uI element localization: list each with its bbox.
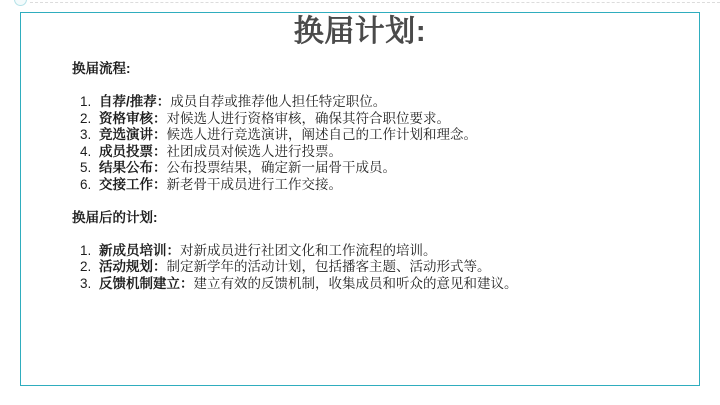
section-heading: 换届后的计划: xyxy=(72,210,680,227)
list-item: 2. 活动规划：制定新学年的活动计划，包括播客主题、活动形式等。 xyxy=(72,259,680,276)
list-item-number: 3. xyxy=(80,127,99,144)
list-item-number: 1. xyxy=(80,94,99,111)
list-item-text: 反馈机制建立：建立有效的反馈机制，收集成员和听众的意见和建议。 xyxy=(99,276,518,293)
list-item-number: 1. xyxy=(80,243,99,260)
list-item-text: 交接工作：新老骨干成员进行工作交接。 xyxy=(99,177,342,194)
list-item-text: 竞选演讲：候选人进行竞选演讲，阐述自己的工作计划和理念。 xyxy=(99,127,477,144)
list-item-number: 2. xyxy=(80,259,99,276)
slide-canvas: 换届计划: 换届流程: 1. 自荐/推荐：成员自荐或推荐他人担任特定职位。 2.… xyxy=(0,0,720,405)
blank-line xyxy=(72,193,680,210)
list-item: 3. 竞选演讲：候选人进行竞选演讲，阐述自己的工作计划和理念。 xyxy=(72,127,680,144)
list-item-number: 6. xyxy=(80,177,99,194)
list-item: 1. 自荐/推荐：成员自荐或推荐他人担任特定职位。 xyxy=(72,94,680,111)
selection-dashed-line xyxy=(30,2,720,3)
list-item-text: 资格审核：对候选人进行资格审核，确保其符合职位要求。 xyxy=(99,111,450,128)
slide-body: 换届流程: 1. 自荐/推荐：成员自荐或推荐他人担任特定职位。 2. 资格审核：… xyxy=(72,61,680,292)
list-item: 1. 新成员培训：对新成员进行社团文化和工作流程的培训。 xyxy=(72,243,680,260)
rotate-handle-icon xyxy=(14,0,27,6)
section-heading: 换届流程: xyxy=(72,61,680,78)
list-item: 5. 结果公布：公布投票结果，确定新一届骨干成员。 xyxy=(72,160,680,177)
list-item-text: 成员投票：社团成员对候选人进行投票。 xyxy=(99,144,342,161)
list-item-number: 2. xyxy=(80,111,99,128)
list-item: 3. 反馈机制建立：建立有效的反馈机制，收集成员和听众的意见和建议。 xyxy=(72,276,680,293)
list-item-text: 结果公布：公布投票结果，确定新一届骨干成员。 xyxy=(99,160,396,177)
list-item: 4. 成员投票：社团成员对候选人进行投票。 xyxy=(72,144,680,161)
slide-title: 换届计划: xyxy=(0,13,720,51)
list-item-text: 活动规划：制定新学年的活动计划，包括播客主题、活动形式等。 xyxy=(99,259,491,276)
list-item-text: 新成员培训：对新成员进行社团文化和工作流程的培训。 xyxy=(99,243,437,260)
blank-line xyxy=(72,78,680,95)
list-item: 2. 资格审核：对候选人进行资格审核，确保其符合职位要求。 xyxy=(72,111,680,128)
list-item-text: 自荐/推荐：成员自荐或推荐他人担任特定职位。 xyxy=(99,94,386,111)
list-item-number: 3. xyxy=(80,276,99,293)
list-item-number: 5. xyxy=(80,160,99,177)
list-item: 6. 交接工作：新老骨干成员进行工作交接。 xyxy=(72,177,680,194)
blank-line xyxy=(72,226,680,243)
list-item-number: 4. xyxy=(80,144,99,161)
